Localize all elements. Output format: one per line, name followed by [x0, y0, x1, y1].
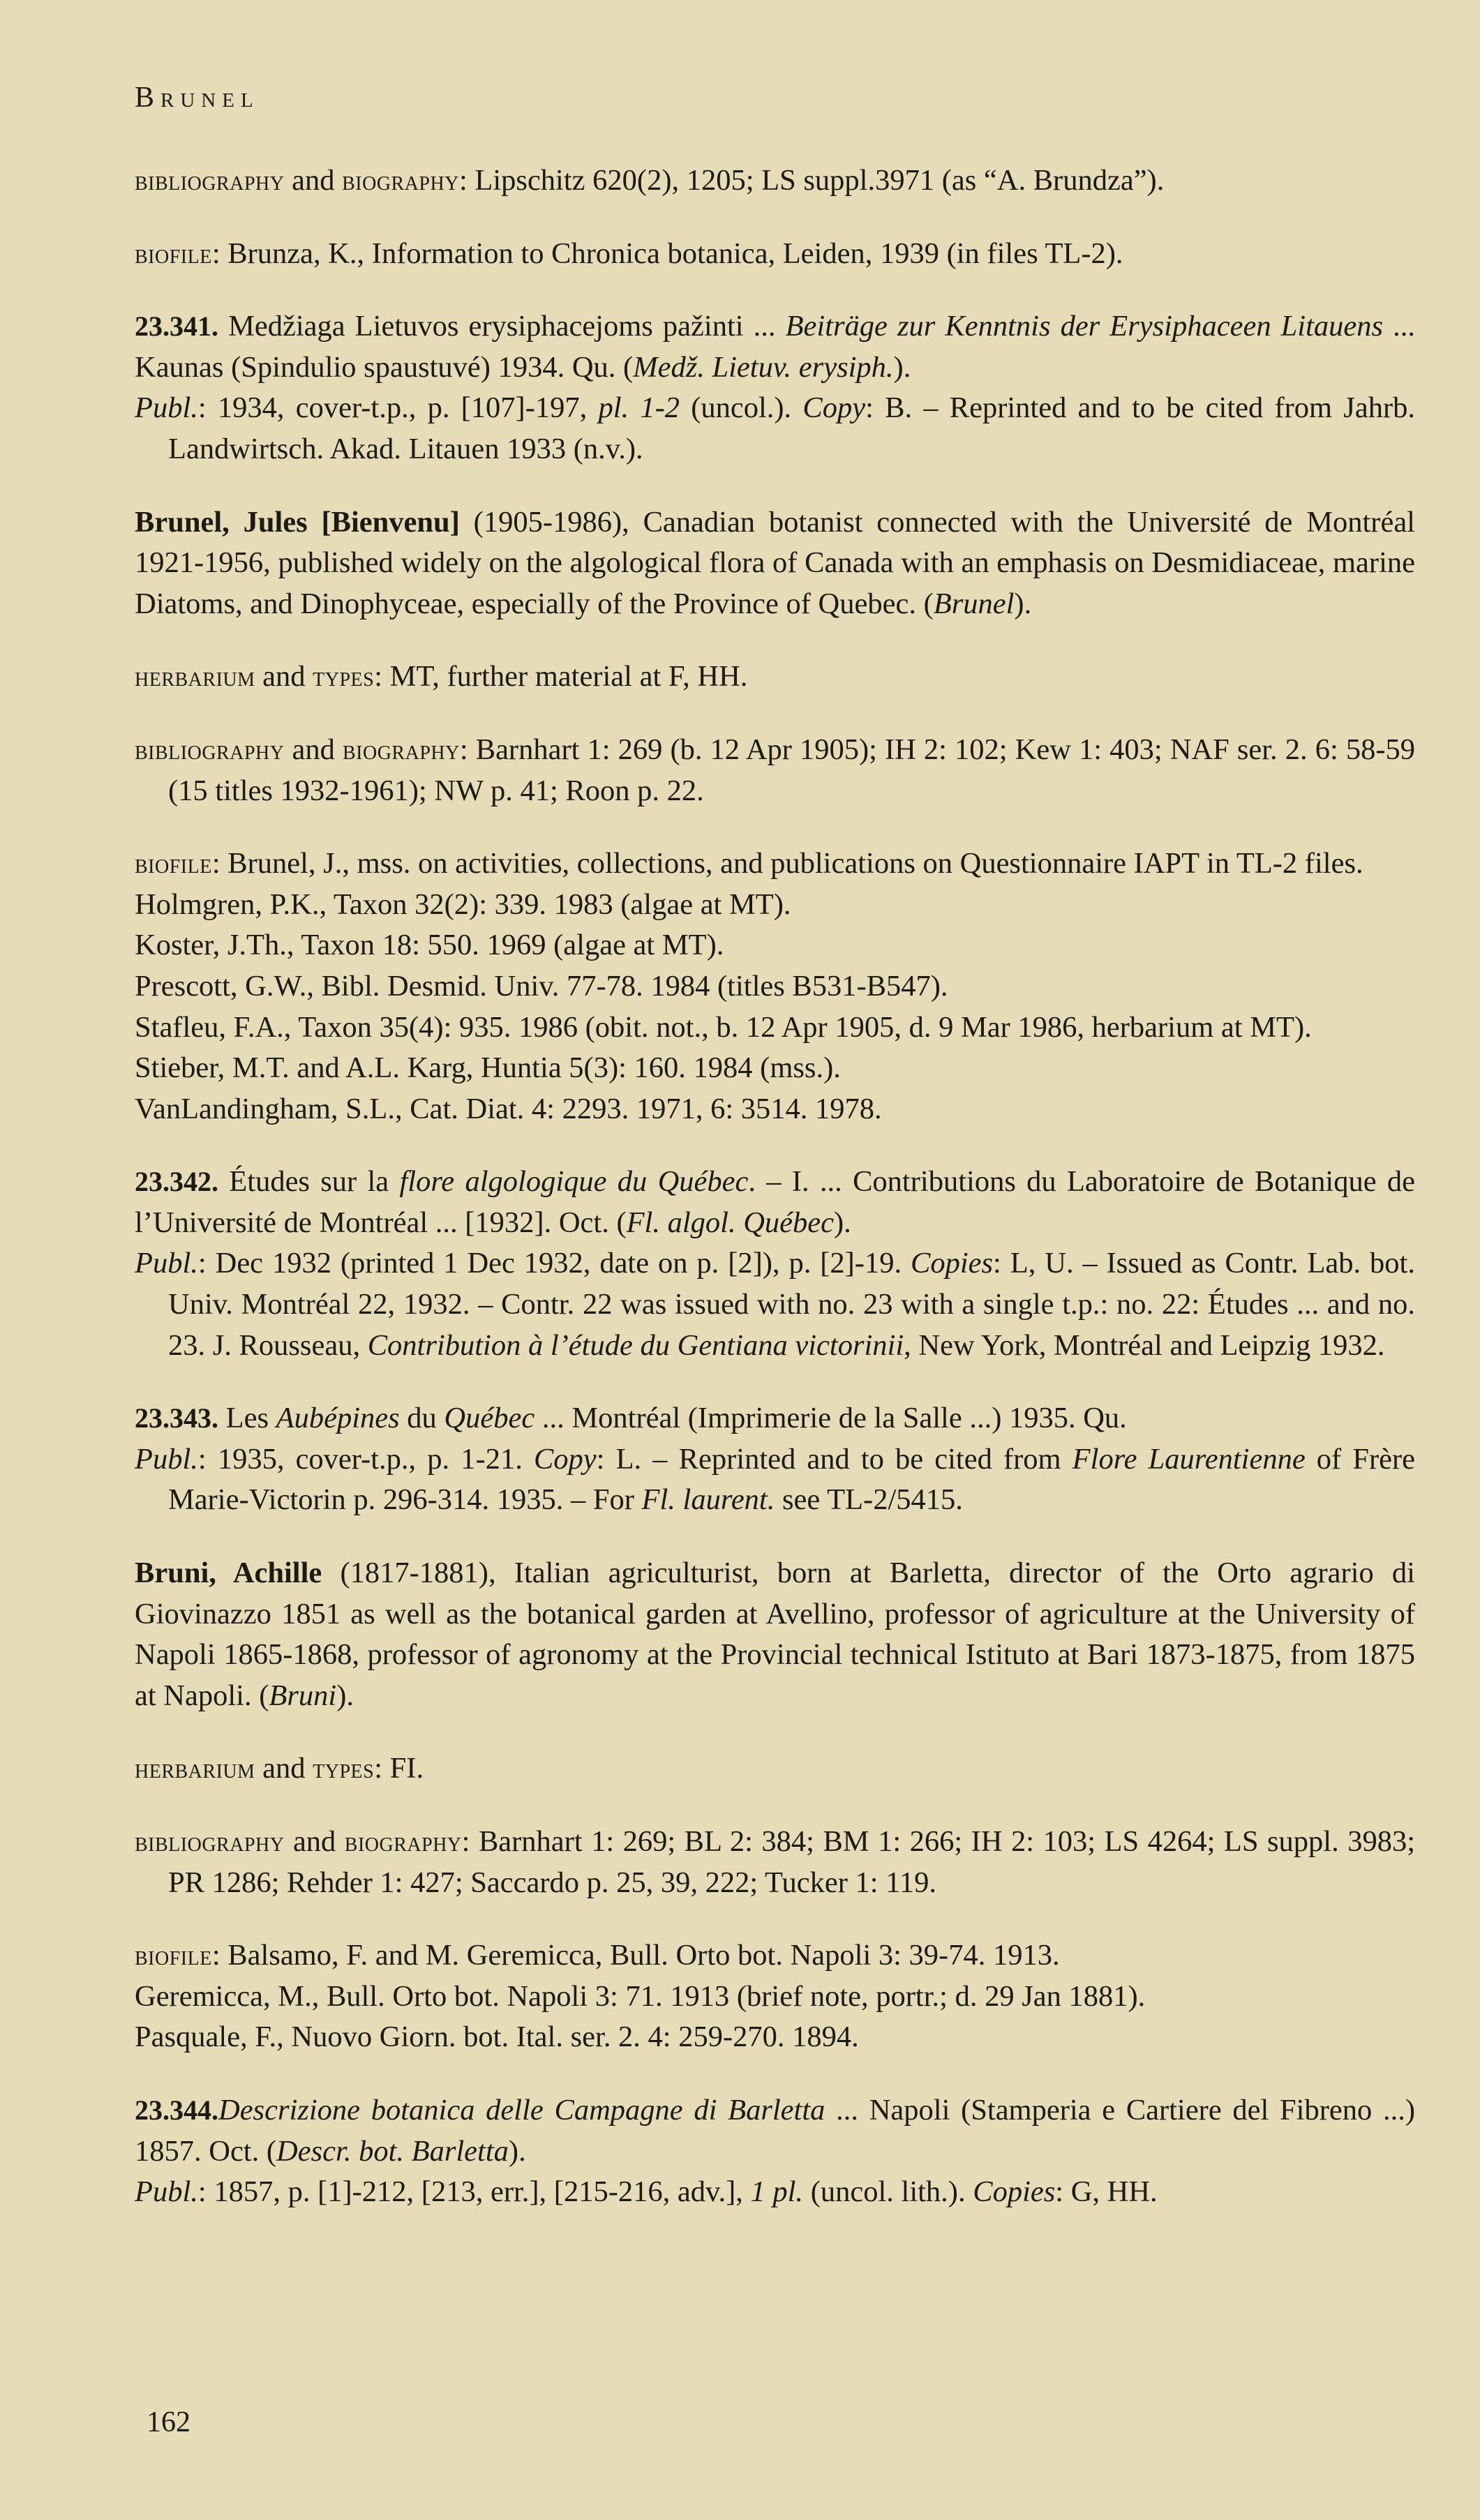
- section-label: herbarium: [135, 661, 255, 692]
- section-label: biofile: [135, 238, 212, 269]
- entry-publication: Publ.: 1934, cover-t.p., p. [107]-197, p…: [135, 388, 1415, 470]
- biofile-item: Stieber, M.T. and A.L. Karg, Huntia 5(3)…: [135, 1048, 1415, 1089]
- bruni-bibliography: bibliography and biography: Barnhart 1: …: [135, 1822, 1415, 1903]
- biofile-item: Pasquale, F., Nuovo Giorn. bot. Ital. se…: [135, 2017, 1415, 2058]
- entry-publication: Publ.: 1935, cover-t.p., p. 1-21. Copy: …: [135, 1439, 1415, 1521]
- section-label: biography: [345, 1826, 462, 1857]
- entry-number: 23.343.: [135, 1402, 218, 1434]
- entry-title: 23.344.Descrizione botanica delle Campag…: [135, 2090, 1415, 2172]
- brunza-bibliography: bibliography and biography: Lipschitz 62…: [135, 160, 1415, 202]
- section-label: bibliography: [135, 734, 284, 765]
- brunel-biography: Brunel, Jules [Bienvenu] (1905-1986), Ca…: [135, 502, 1415, 625]
- entry-publication: Publ.: Dec 1932 (printed 1 Dec 1932, dat…: [135, 1243, 1415, 1366]
- author-name: Brunel, Jules [Bienvenu]: [135, 506, 460, 539]
- page-number: 162: [147, 2403, 190, 2442]
- biofile-item: Holmgren, P.K., Taxon 32(2): 339. 1983 (…: [135, 885, 1415, 926]
- author-name: Bruni, Achille: [135, 1557, 322, 1589]
- biofile-item: Stafleu, F.A., Taxon 35(4): 935. 1986 (o…: [135, 1007, 1415, 1049]
- section-label: herbarium: [135, 1753, 255, 1784]
- running-head: Brunel: [135, 78, 1415, 117]
- section-label: types: [313, 661, 374, 692]
- bruni-biofile: biofile: Balsamo, F. and M. Geremicca, B…: [135, 1935, 1415, 2058]
- entry-23342: 23.342. Études sur la flore algologique …: [135, 1162, 1415, 1366]
- section-label: bibliography: [135, 1826, 284, 1857]
- biofile-item: Prescott, G.W., Bibl. Desmid. Univ. 77-7…: [135, 966, 1415, 1007]
- section-label: biofile: [135, 848, 212, 879]
- entry-23344: 23.344.Descrizione botanica delle Campag…: [135, 2090, 1415, 2213]
- entry-23341: 23.341. Medžiaga Lietuvos erysiphacejoms…: [135, 306, 1415, 470]
- entry-number: 23.344.: [135, 2094, 218, 2126]
- entry-title: 23.343. Les Aubépines du Québec ... Mont…: [135, 1398, 1415, 1439]
- entry-23343: 23.343. Les Aubépines du Québec ... Mont…: [135, 1398, 1415, 1521]
- biofile-item: VanLandingham, S.L., Cat. Diat. 4: 2293.…: [135, 1089, 1415, 1130]
- section-label: biography: [343, 734, 460, 765]
- document-page: Brunel bibliography and biography: Lipsc…: [135, 78, 1415, 2245]
- bruni-biography: Bruni, Achille (1817-1881), Italian agri…: [135, 1553, 1415, 1716]
- entry-title: 23.342. Études sur la flore algologique …: [135, 1162, 1415, 1243]
- section-label: biography: [342, 165, 459, 196]
- bruni-herbarium: herbarium and types: FI.: [135, 1748, 1415, 1790]
- biofile-item: Geremicca, M., Bull. Orto bot. Napoli 3:…: [135, 1977, 1415, 2018]
- brunel-biofile: biofile: Brunel, J., mss. on activities,…: [135, 843, 1415, 1130]
- entry-publication: Publ.: 1857, p. [1]-212, [213, err.], [2…: [135, 2172, 1415, 2213]
- biofile-item: Koster, J.Th., Taxon 18: 550. 1969 (alga…: [135, 925, 1415, 966]
- section-label: types: [313, 1753, 374, 1784]
- biofile-first: biofile: Brunel, J., mss. on activities,…: [135, 843, 1415, 885]
- section-label: bibliography: [135, 165, 284, 196]
- brunel-herbarium: herbarium and types: MT, further materia…: [135, 657, 1415, 698]
- biofile-first: biofile: Balsamo, F. and M. Geremicca, B…: [135, 1935, 1415, 1977]
- brunel-bibliography: bibliography and biography: Barnhart 1: …: [135, 730, 1415, 811]
- entry-title: 23.341. Medžiaga Lietuvos erysiphacejoms…: [135, 306, 1415, 388]
- section-label: biofile: [135, 1940, 212, 1971]
- brunza-biofile: biofile: Brunza, K., Information to Chro…: [135, 234, 1415, 275]
- entry-number: 23.342.: [135, 1166, 218, 1197]
- entry-number: 23.341.: [135, 310, 218, 342]
